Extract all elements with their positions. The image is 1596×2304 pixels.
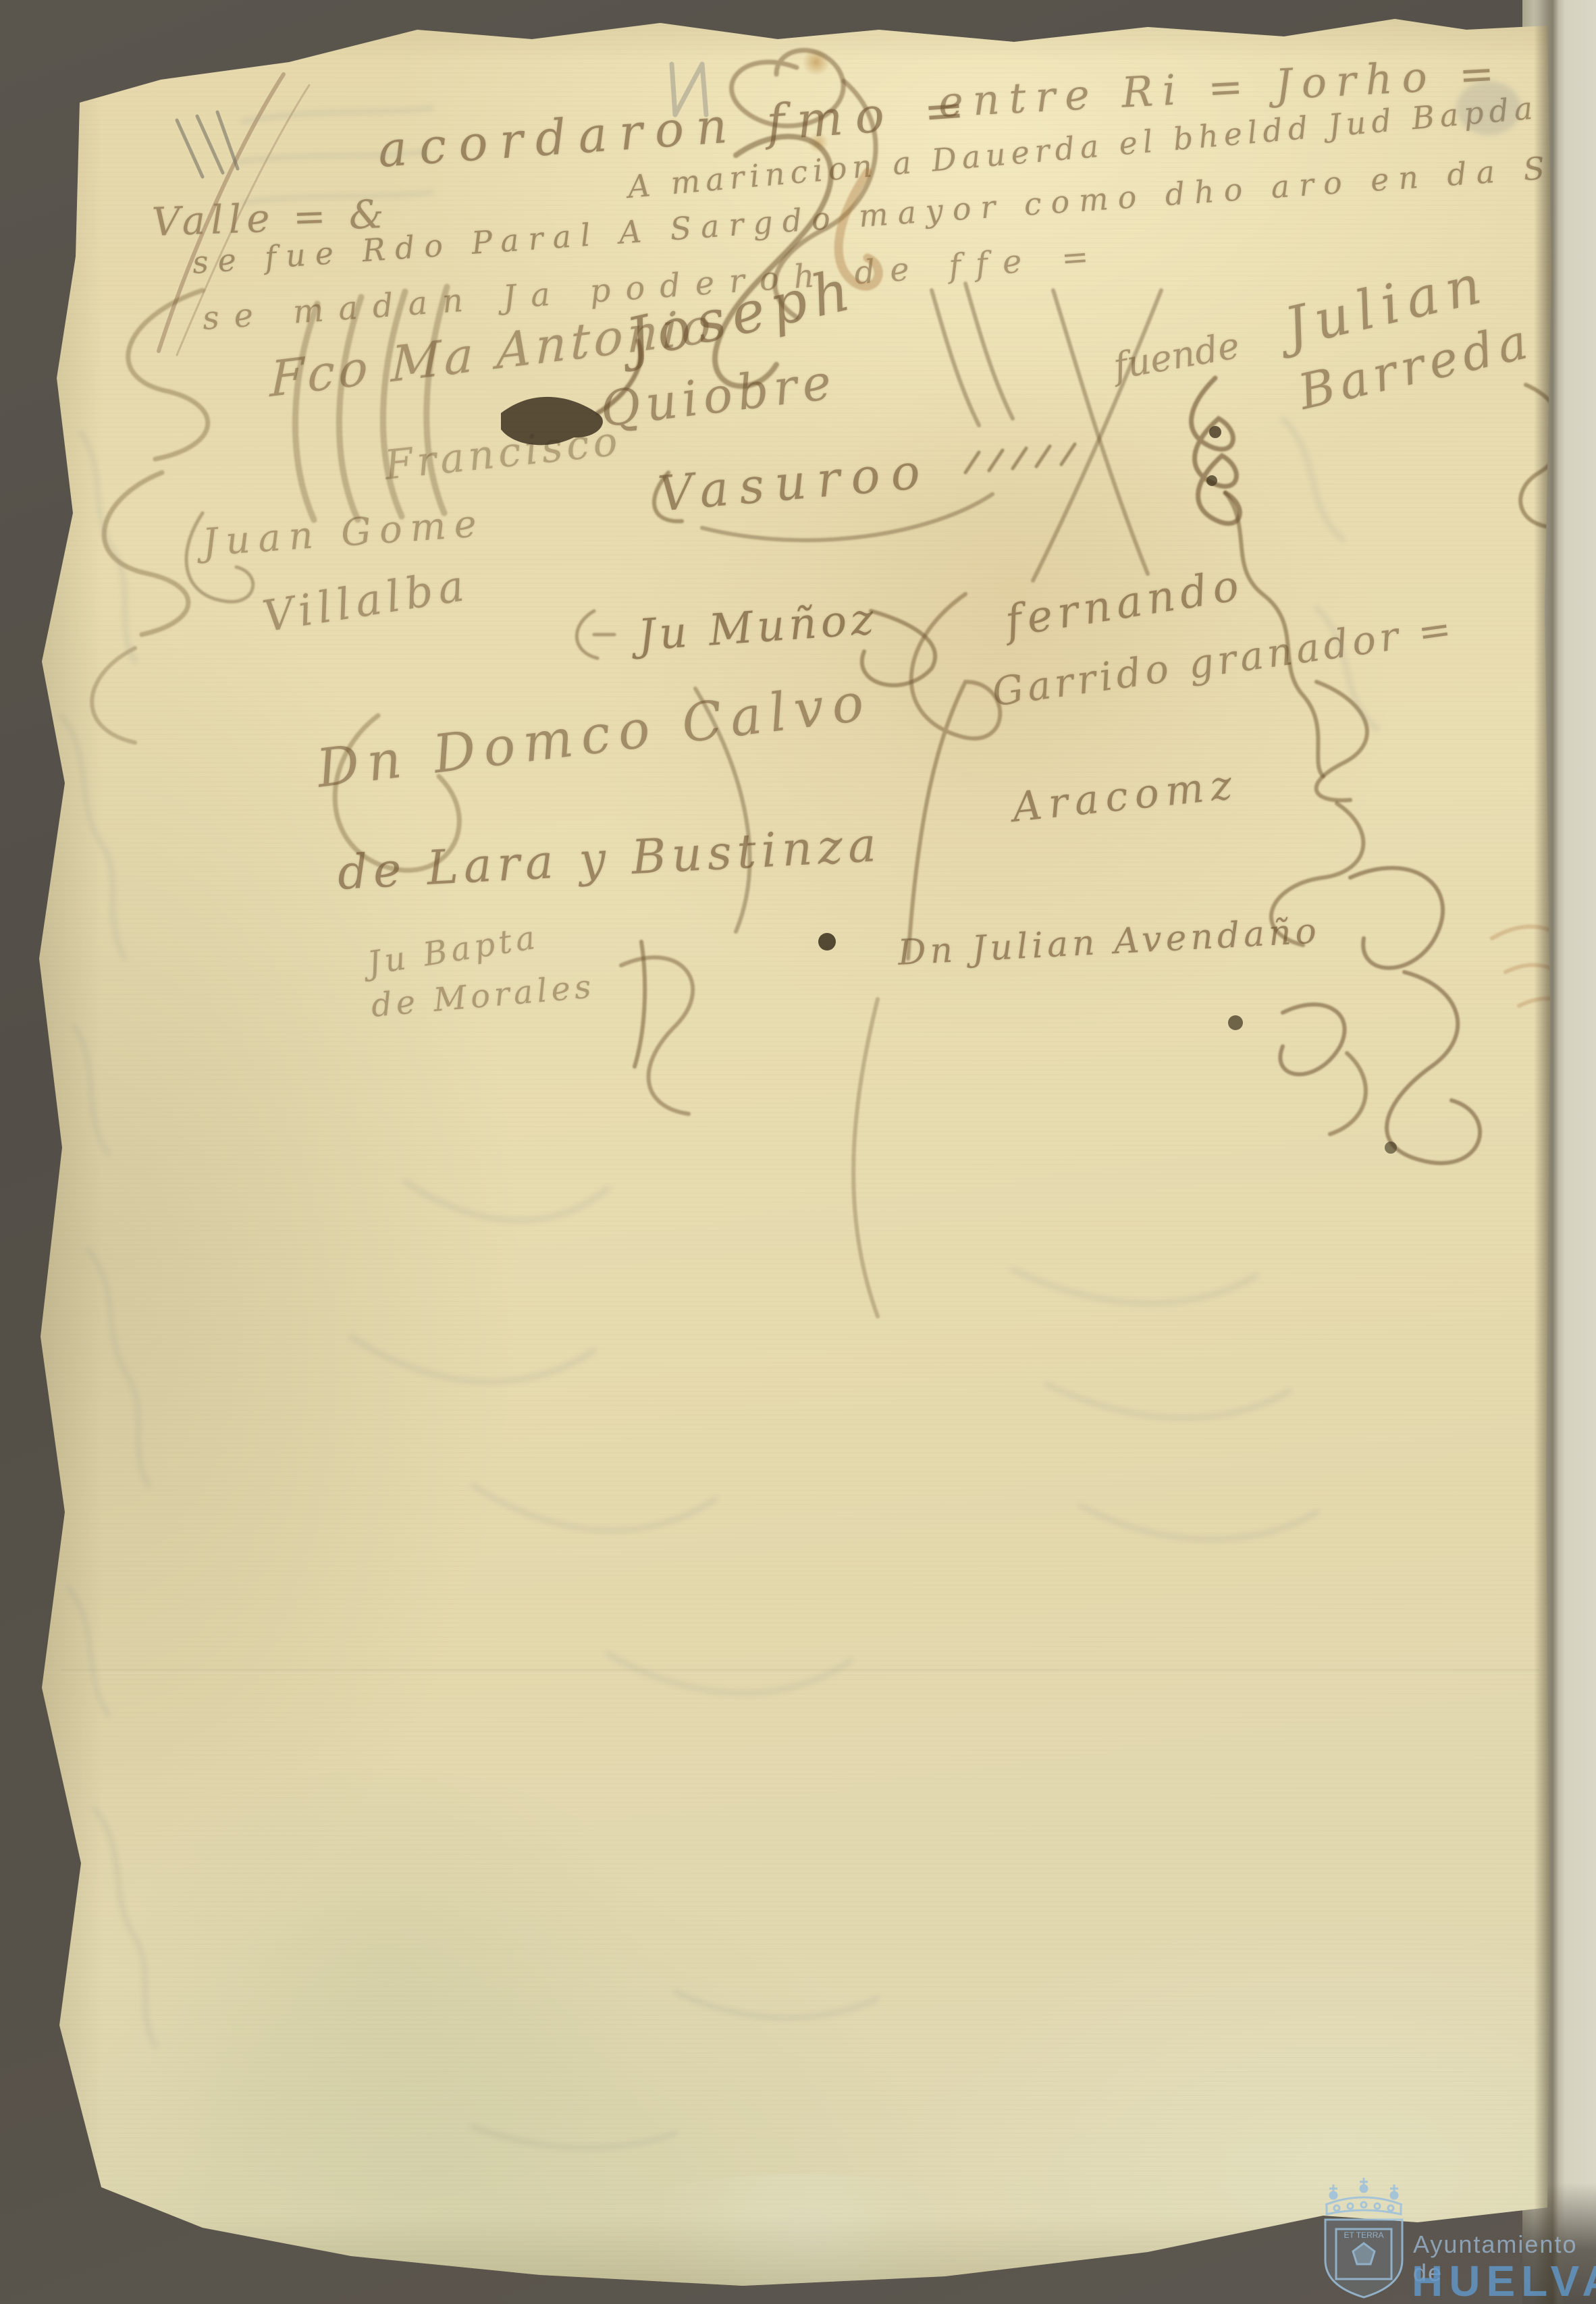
archive-watermark: ET TERRA Ayuntamiento de HUELVA — [1313, 2172, 1596, 2304]
ink-and-ghost-layer — [0, 0, 1596, 2304]
gray-blot — [1456, 81, 1521, 135]
manuscript-sheet: acordaron fmo = entre Ri = Jorho = Valle… — [0, 0, 1596, 2304]
pencil-marks-iii — [177, 112, 238, 177]
ink-flourishes — [92, 51, 1580, 1316]
ghost-stamp-iv — [672, 64, 706, 115]
ink-blots — [501, 397, 1397, 1154]
crest-motto: ET TERRA — [1344, 2230, 1384, 2240]
ghost-writing — [61, 108, 1377, 2147]
scanned-document: acordaron fmo = entre Ri = Jorho = Valle… — [0, 0, 1596, 2304]
gutter-fold-shadow — [1534, 0, 1565, 2304]
watermark-city-label: HUELVA — [1412, 2256, 1596, 2304]
huelva-crest-icon: ET TERRA — [1313, 2172, 1414, 2304]
